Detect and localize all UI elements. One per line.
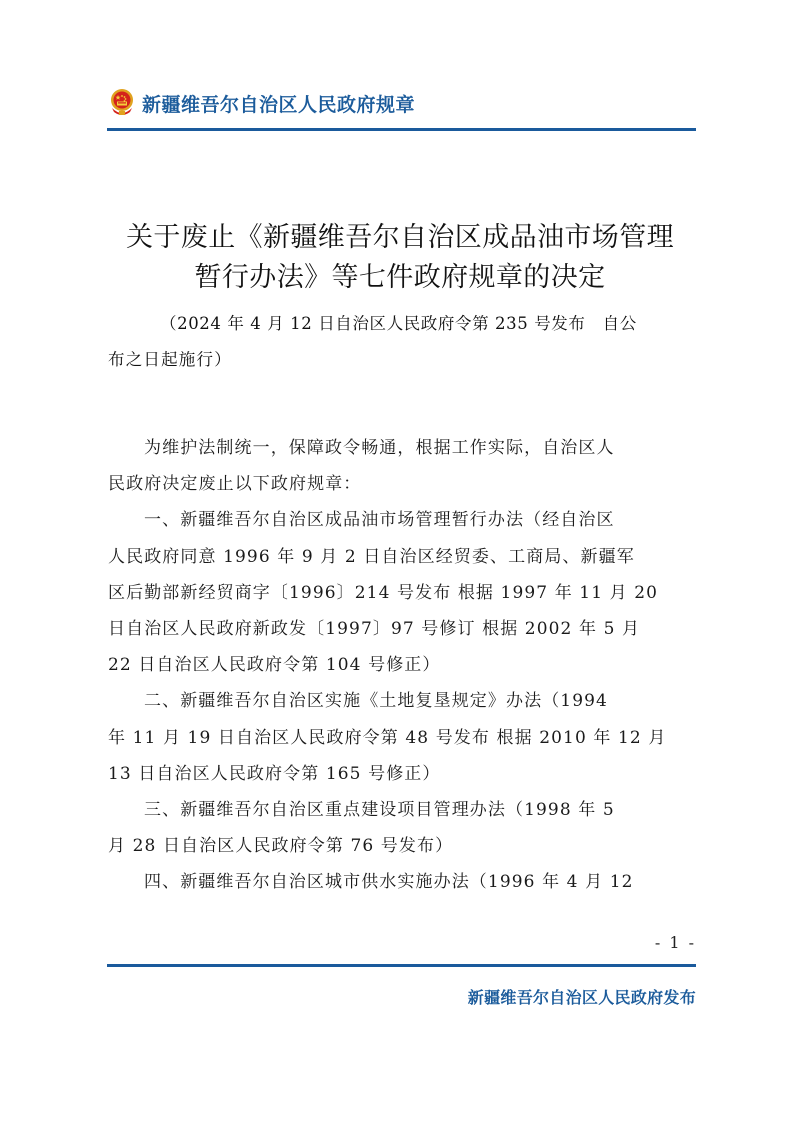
body-line: 四、新疆维吾尔自治区城市供水实施办法（1996 年 4 月 12 xyxy=(108,864,698,900)
subtitle-line: 布之日起施行） xyxy=(108,342,698,378)
header-divider xyxy=(107,128,696,131)
subtitle-line: （2024 年 4 月 12 日自治区人民政府令第 235 号发布 自公 xyxy=(108,306,698,342)
body-line: 年 11 月 19 日自治区人民政府令第 48 号发布 根据 2010 年 12… xyxy=(108,720,698,756)
body-line: 一、新疆维吾尔自治区成品油市场管理暂行办法（经自治区 xyxy=(108,502,698,538)
document-body: 为维护法制统一，保障政令畅通，根据工作实际，自治区人 民政府决定废止以下政府规章… xyxy=(108,430,698,901)
body-line: 13 日自治区人民政府令第 165 号修正） xyxy=(108,756,698,792)
body-line: 月 28 日自治区人民政府令第 76 号发布） xyxy=(108,828,698,864)
body-line: 民政府决定废止以下政府规章： xyxy=(108,466,698,502)
body-line: 二、新疆维吾尔自治区实施《土地复垦规定》办法（1994 xyxy=(108,683,698,719)
document-title-line: 暂行办法》等七件政府规章的决定 xyxy=(100,258,700,298)
body-line: 22 日自治区人民政府令第 104 号修正） xyxy=(108,647,698,683)
document-title-line: 关于废止《新疆维吾尔自治区成品油市场管理 xyxy=(100,218,700,258)
page-number: - 1 - xyxy=(655,933,696,952)
document-subtitle: （2024 年 4 月 12 日自治区人民政府令第 235 号发布 自公 布之日… xyxy=(108,306,698,378)
national-emblem-icon xyxy=(108,88,136,118)
document-title: 关于废止《新疆维吾尔自治区成品油市场管理 暂行办法》等七件政府规章的决定 xyxy=(100,218,700,298)
body-line: 为维护法制统一，保障政令畅通，根据工作实际，自治区人 xyxy=(108,430,698,466)
body-line: 日自治区人民政府新政发〔1997〕97 号修订 根据 2002 年 5 月 xyxy=(108,611,698,647)
body-line: 人民政府同意 1996 年 9 月 2 日自治区经贸委、工商局、新疆军 xyxy=(108,539,698,575)
body-line: 区后勤部新经贸商字〔1996〕214 号发布 根据 1997 年 11 月 20 xyxy=(108,575,698,611)
header-title: 新疆维吾尔自治区人民政府规章 xyxy=(142,90,415,117)
page-header: 新疆维吾尔自治区人民政府规章 xyxy=(108,86,696,120)
body-line: 三、新疆维吾尔自治区重点建设项目管理办法（1998 年 5 xyxy=(108,792,698,828)
footer-publisher: 新疆维吾尔自治区人民政府发布 xyxy=(468,985,696,1008)
footer-divider xyxy=(107,964,696,967)
